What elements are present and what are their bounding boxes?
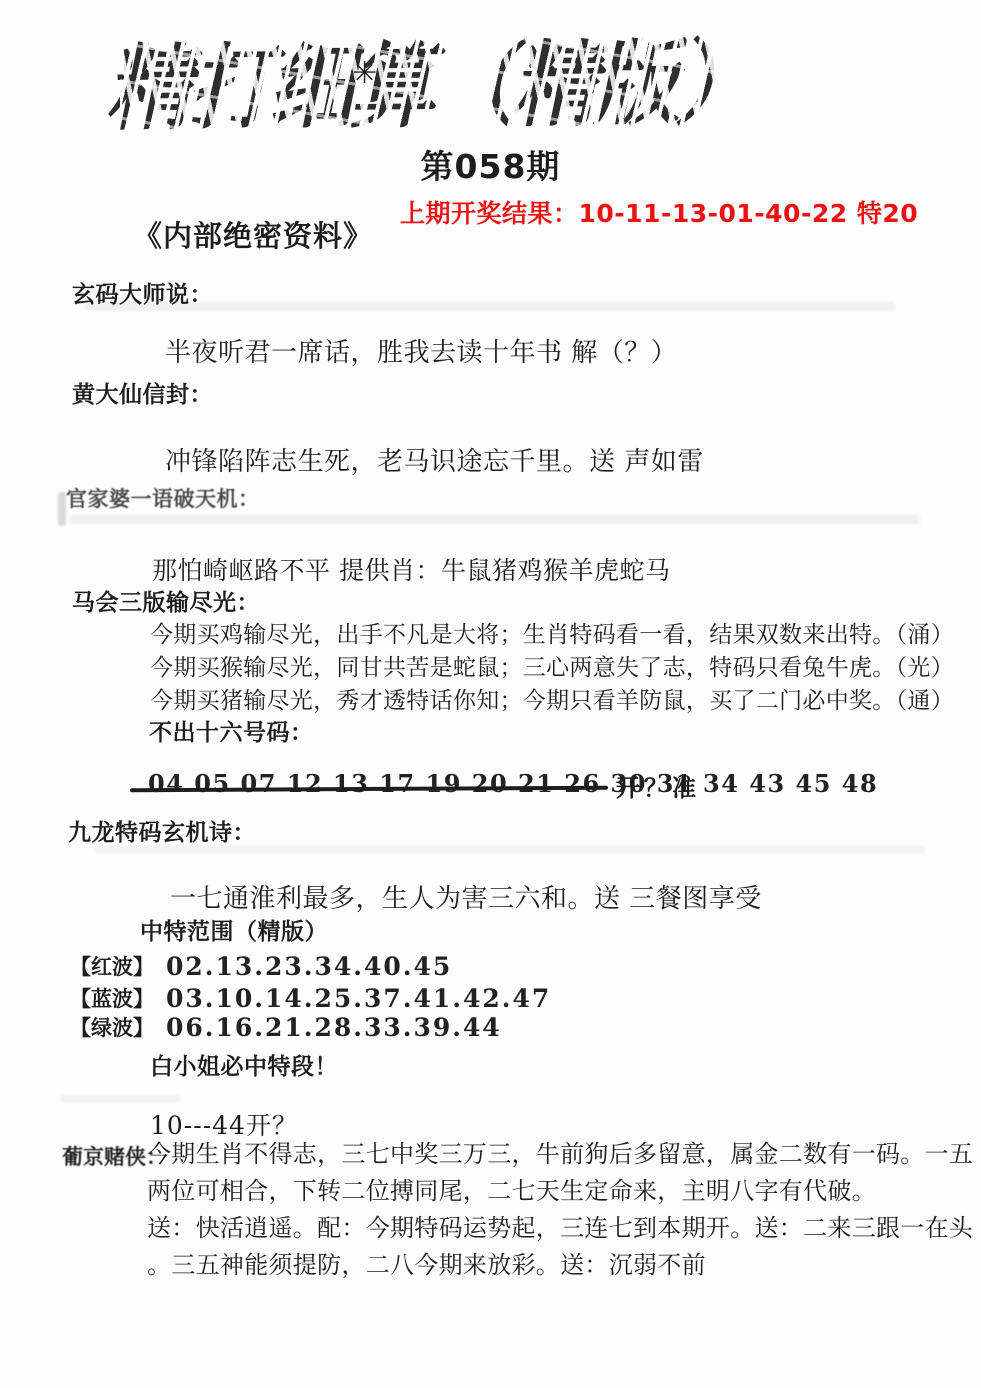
section-heading-jiulong: 九龙特码玄机诗： [68,814,256,847]
blue-wave-label: 【蓝波】 [70,987,154,1011]
scanned-lottery-tip-sheet: 精打细算（精版） ✳ 第058期 上期开奖结果：10-11-13-01-40-2… [0,0,981,1388]
faded-print-artifact [60,1095,180,1103]
verse-xuanma: 半夜听君一席话，胜我去读十年书 解（？） [165,332,677,369]
previous-draw-result: 上期开奖结果：10-11-13-01-40-22 特20 [400,194,918,230]
pujing-line-2: 两位可相合，下转二位搏同尾，二七天生定命来，主明八字有代破。 [147,1173,967,1210]
pujing-paragraph: 今期生肖不得志，三七中奖三万三，牛前狗后多留意，属金二数有一码。一五 两位可相合… [147,1136,967,1284]
faded-print-artifact [70,515,920,524]
wave-row-green: 【绿波】06.16.21.28.33.39.44 [70,1012,502,1042]
verse-guanjiapo: 那怕崎岖路不平 提供肖：牛鼠猪鸡猴羊虎蛇马 [152,551,670,587]
mahui-line-2: 今期买猴输尽光，同甘共苦是蛇鼠；三心两意失了志，特码只看兔牛虎。（光） [150,649,954,682]
section-heading-zhongte: 中特范围（精版） [140,913,328,946]
pujing-line-1: 今期生肖不得志，三七中奖三万三，牛前狗后多留意，属金二数有一码。一五 [147,1136,967,1173]
issue-number: 第058期 [0,141,981,188]
pujing-line-3: 送：快活逍遥。配：今期特码运势起，三连七到本期开。送：二来三跟一在头 [147,1210,967,1247]
section-heading-xuanma: 玄码大师说： [72,276,213,309]
baixiaojie-heading: 白小姐必中特段！ [150,1048,338,1081]
masthead-title: 精打细算（精版） [101,8,840,148]
red-wave-label: 【红波】 [70,955,154,979]
stray-star-mark: ✳ [352,56,377,91]
section-heading-guanjiapo: 官家婆一语破天机： [66,483,260,513]
doc-classification: 《内部绝密资料》 [133,214,373,255]
verse-huangdaxian: 冲锋陷阵志生死，老马识途忘千里。送 声如雷 [165,441,704,478]
verse-jiulong: 一七通淮利最多，生人为害三六和。送 三餐图享受 [170,878,762,915]
pujing-line-4: 。三五神能须提防，二八今期来放彩。送：沉弱不前 [147,1247,967,1284]
wave-row-blue: 【蓝波】03.10.14.25.37.41.42.47 [70,983,551,1013]
blue-wave-numbers: 03.10.14.25.37.41.42.47 [166,984,551,1013]
masthead: 精打细算（精版） [128,14,838,146]
mahui-line-1: 今期买鸡输尽光，出手不凡是大将；生肖特码看一看，结果双数来出特。（涌） [150,616,954,649]
green-wave-numbers: 06.16.21.28.33.39.44 [166,1013,502,1042]
excluded-numbers-heading: 不出十六号码： [149,714,314,747]
section-heading-mahui: 马会三版输尽光： [72,584,260,617]
ink-smudge [58,492,66,526]
red-wave-numbers: 02.13.23.34.40.45 [166,952,452,981]
excluded-verdict: 开？准 [616,768,700,803]
wave-row-red: 【红波】02.13.23.34.40.45 [70,951,452,981]
mahui-line-3: 今期买猪输尽光，秀才透特话你知；今期只看羊防鼠，买了二门必中奖。（通） [150,682,954,715]
section-heading-huangdaxian: 黄大仙信封： [72,376,213,409]
green-wave-label: 【绿波】 [70,1016,154,1040]
excluded-numbers-list: 04 05 07 12 13 17 19 20 21 26 30 31 34 4… [148,769,878,798]
